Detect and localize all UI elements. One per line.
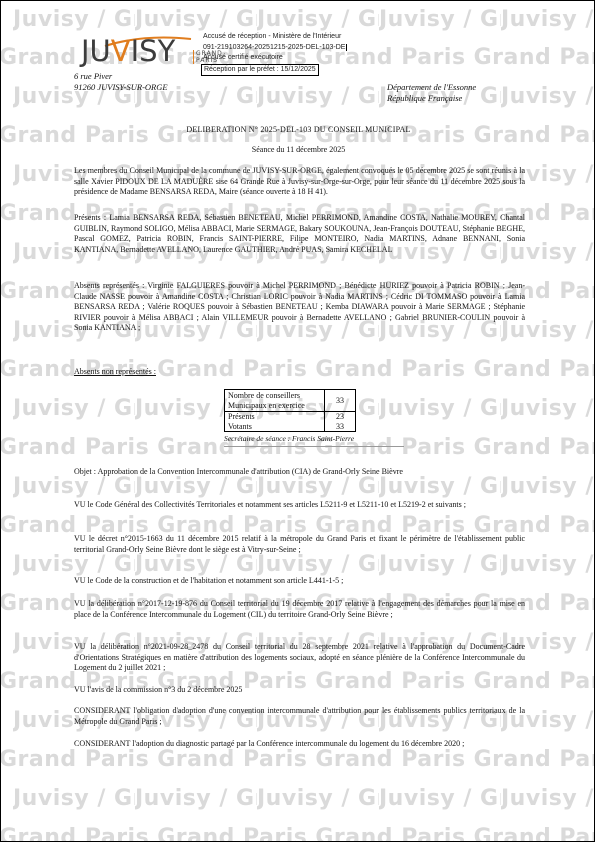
consideration-item: VU la délibération n°2021-09-28_2478 du … xyxy=(74,642,525,674)
consideration-item: CONSIDERANT l'obligation d'adoption d'un… xyxy=(74,706,525,727)
table-row: Présents 23 xyxy=(225,412,356,422)
consideration-item: VU la délibération n°2017-12-19-876 du C… xyxy=(74,599,525,620)
department-label: Département de l'Essonne République Fran… xyxy=(387,82,476,104)
consideration-item: CONSIDERANT l'adoption du diagnostic par… xyxy=(74,739,525,750)
absents-not-represented: Absents non représentés : xyxy=(74,367,525,378)
consideration-item: VU l'avis de la commission n°3 du 2 déce… xyxy=(74,685,525,696)
deliberation-title: DELIBERATION N° 2025-DEL-103 DU CONSEIL … xyxy=(1,125,595,136)
intro-paragraph: Les membres du Conseil Municipal de la c… xyxy=(74,166,525,198)
session-secretary: Secrétaire de séance : Francis Saint-Pie… xyxy=(224,434,404,447)
logo-wordmark: JUVISY xyxy=(81,34,175,68)
absents-represented-paragraph: Absents représentés : Virginie FALGUIERE… xyxy=(74,281,525,334)
session-date: Séance du 11 décembre 2025 xyxy=(1,145,595,156)
town-address: 6 rue Piver 91260 JUVISY-SUR-ORGE xyxy=(74,71,168,93)
receipt-stamp: Accusé de réception - Ministère de l'Int… xyxy=(203,32,347,76)
consideration-item: VU le Code Général des Collectivités Ter… xyxy=(74,500,525,511)
juvisy-logo: JUVISY GRAND PARIS xyxy=(81,34,191,74)
table-row: Nombre de conseillers Municipaux en exer… xyxy=(225,390,356,412)
consideration-item: VU le Code de la construction et de l'ha… xyxy=(74,576,525,587)
table-row: Votants 33 xyxy=(225,422,356,432)
council-count-table: Nombre de conseillers Municipaux en exer… xyxy=(224,389,356,432)
document-page: Juvisy / GraJuvisy / GraJuvisy / GraJuvi… xyxy=(0,0,595,842)
presents-paragraph: Présents : Lamia BENSARSA REDA, Sébastie… xyxy=(74,213,525,255)
object-line: Objet : Approbation de la Convention Int… xyxy=(74,467,525,478)
consideration-item: VU le décret n°2015-1663 du 11 décembre … xyxy=(74,534,525,555)
